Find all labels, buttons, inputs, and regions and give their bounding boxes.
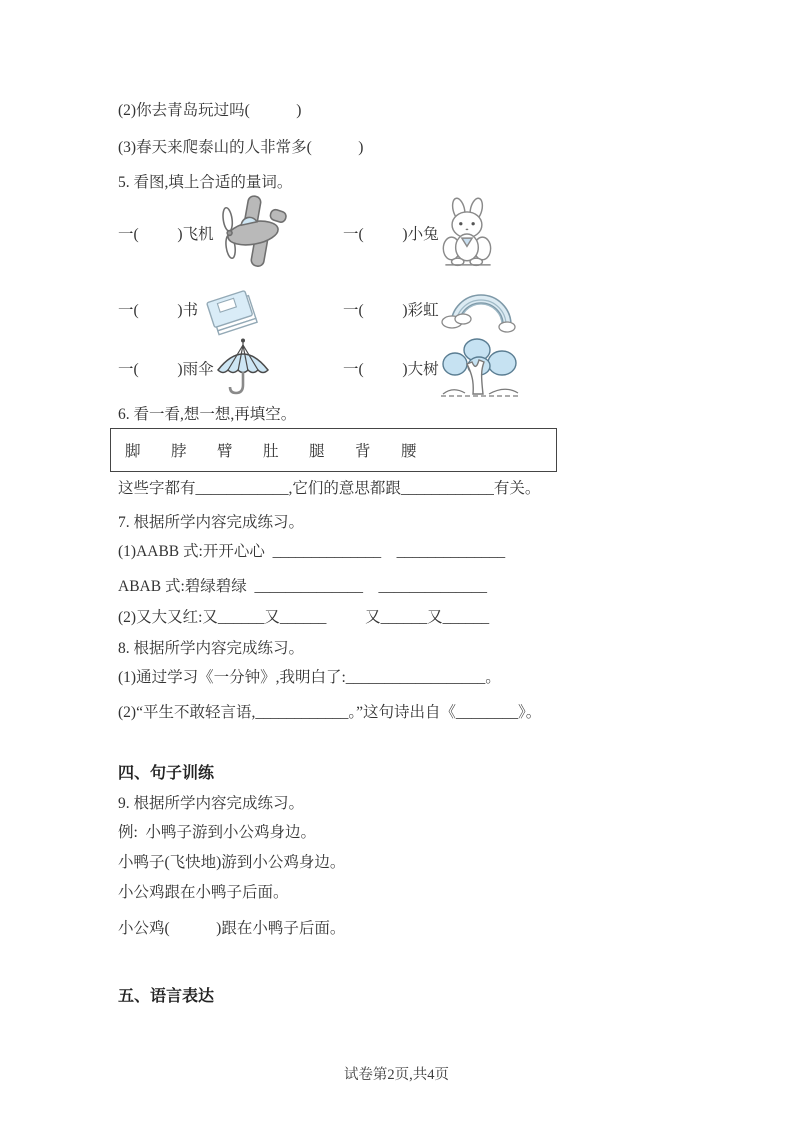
q5-item-label: 一( )雨伞 <box>118 357 214 379</box>
question-7-pattern-line: (2)又大又红:又______又______ 又______又______ <box>118 607 489 629</box>
q5-item-label: 一( )书 <box>118 298 198 320</box>
question-6-fill-line: 这些字都有____________,它们的意思都跟____________有关。 <box>118 478 540 500</box>
question-9-line-2: 小公鸡跟在小鸭子后面。 <box>118 882 289 904</box>
question-8-title: 8. 根据所学内容完成练习。 <box>118 638 304 660</box>
test-paper-page: { "intro": { "item2": "(2)你去青岛玩过吗( )", "… <box>0 0 793 1122</box>
question-4-item-3: (3)春天来爬泰山的人非常多( ) <box>118 137 363 159</box>
q5-item-tree: 一( )大树 <box>343 334 521 402</box>
question-7-abab-line: ABAB 式:碧绿碧绿 ______________ _____________… <box>118 576 487 598</box>
q5-item-airplane: 一( )飞机 <box>118 192 292 274</box>
q5-row-1: 一( )飞机 一( )小兔 <box>118 192 718 274</box>
section-4-title: 四、句子训练 <box>118 762 214 785</box>
q5-item-umbrella: 一( )雨伞 <box>118 334 272 402</box>
box-character: 脖 <box>171 439 217 461</box>
question-8-line-1: (1)通过学习《一分钟》,我明白了:__________________。 <box>118 667 501 689</box>
question-7-aabb-line: (1)AABB 式:开开心心 ______________ __________… <box>118 541 505 563</box>
question-6-title: 6. 看一看,想一想,再填空。 <box>118 404 296 426</box>
box-character: 脚 <box>125 439 171 461</box>
section-5-title: 五、语言表达 <box>118 985 214 1008</box>
q5-item-rabbit: 一( )小兔 <box>343 192 497 274</box>
question-9-line-1: 小鸭子(飞快地)游到小公鸡身边。 <box>118 852 345 874</box>
q5-item-rainbow: 一( )彩虹 <box>343 278 519 340</box>
q5-item-label: 一( )飞机 <box>118 222 214 244</box>
question-9-title: 9. 根据所学内容完成练习。 <box>118 793 304 815</box>
q5-row-3: 一( )雨伞 一( )大树 <box>118 334 718 402</box>
q5-row-2: 一( )书 一( )彩虹 <box>118 278 718 340</box>
rabbit-illustration <box>439 197 497 269</box>
tree-illustration <box>439 336 521 400</box>
umbrella-illustration <box>214 336 272 400</box>
q5-item-label: 一( )小兔 <box>343 222 439 244</box>
question-4-item-2: (2)你去青岛玩过吗( ) <box>118 100 301 122</box>
box-character: 臂 <box>217 439 263 461</box>
q5-item-label: 一( )大树 <box>343 357 439 379</box>
character-box: 脚 脖 臂 肚 腿 背 腰 <box>110 428 557 472</box>
box-character: 肚 <box>263 439 309 461</box>
question-7-title: 7. 根据所学内容完成练习。 <box>118 512 304 534</box>
box-character: 腰 <box>401 439 447 461</box>
airplane-illustration <box>214 194 292 272</box>
page-footer: 试卷第2页,共4页 <box>0 1063 793 1084</box>
q5-item-book: 一( )书 <box>118 278 262 340</box>
question-9-example: 例: 小鸭子游到小公鸡身边。 <box>118 822 316 844</box>
question-8-line-2: (2)“平生不敢轻言语,____________。”这句诗出自《________… <box>118 702 541 724</box>
box-character: 腿 <box>309 439 355 461</box>
question-9-line-3: 小公鸡( )跟在小鸭子后面。 <box>118 918 345 940</box>
book-illustration <box>198 280 262 338</box>
rainbow-illustration <box>439 283 519 335</box>
box-character: 背 <box>355 439 401 461</box>
q5-item-label: 一( )彩虹 <box>343 298 439 320</box>
